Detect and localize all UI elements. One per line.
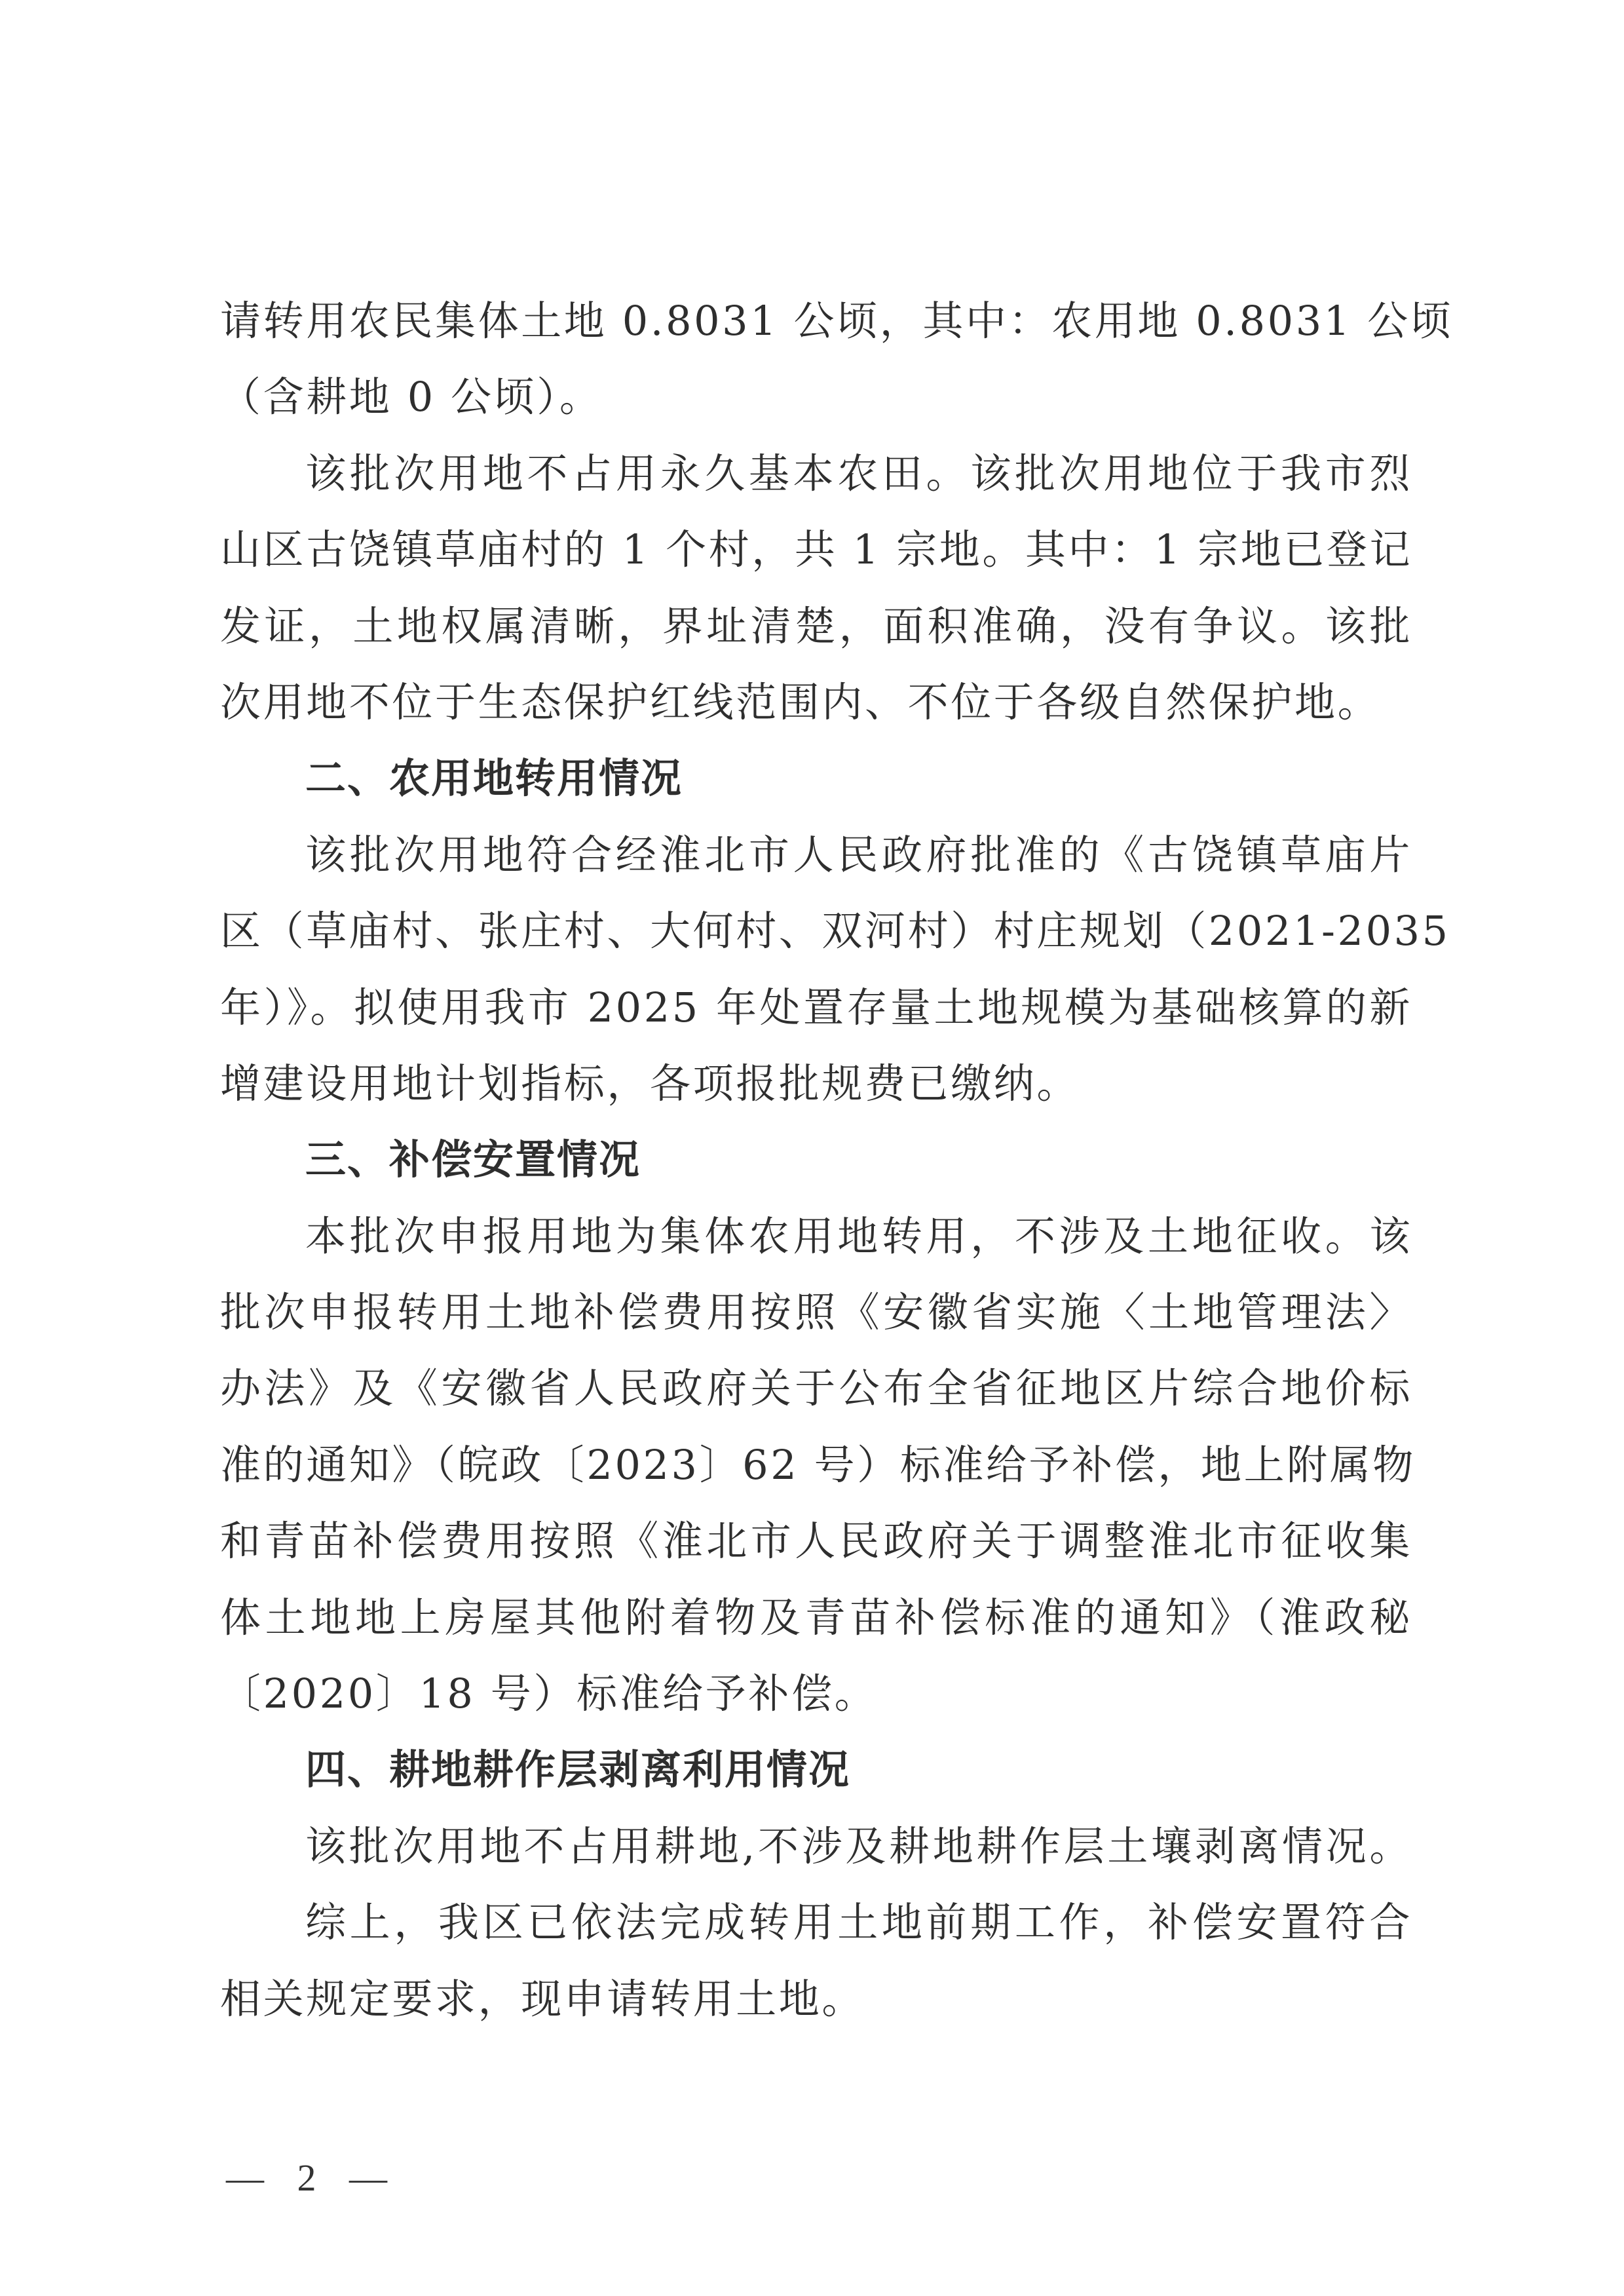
section-heading: 三、补偿安置情况 (220, 1122, 1412, 1198)
document-body: 请转用农民集体土地 0.8031 公顷，其中：农用地 0.8031 公顷 （含耕… (220, 283, 1412, 2037)
section-heading: 四、耕地耕作层剥离利用情况 (220, 1732, 1412, 1808)
text-line: 批次申报转用土地补偿费用按照《安徽省实施〈土地管理法〉 (220, 1274, 1412, 1350)
section-heading: 二、农用地转用情况 (220, 740, 1412, 816)
text-line: 该批次用地符合经淮北市人民政府批准的《古饶镇草庙片 (220, 817, 1412, 893)
text-line: 准的通知》（皖政〔2023〕62 号）标准给予补偿，地上附属物 (220, 1427, 1412, 1503)
text-line: 山区古饶镇草庙村的 1 个村，共 1 宗地。其中：1 宗地已登记 (220, 512, 1412, 588)
text-line: 本批次申报用地为集体农用地转用，不涉及土地征收。该 (220, 1198, 1412, 1274)
text-line: 年）》。拟使用我市 2025 年处置存量土地规模为基础核算的新 (220, 970, 1412, 1046)
text-line: 该批次用地不占用耕地,不涉及耕地耕作层土壤剥离情况。 (220, 1808, 1412, 1885)
text-line: 办法》及《安徽省人民政府关于公布全省征地区片综合地价标 (220, 1350, 1412, 1426)
document-page: 请转用农民集体土地 0.8031 公顷，其中：农用地 0.8031 公顷 （含耕… (0, 0, 1624, 2296)
text-line: 该批次用地不占用永久基本农田。该批次用地位于我市烈 (220, 436, 1412, 512)
text-line: 次用地不位于生态保护红线范围内、不位于各级自然保护地。 (220, 664, 1412, 740)
page-number: — 2 — (226, 2156, 399, 2200)
text-line: 增建设用地计划指标，各项报批规费已缴纳。 (220, 1046, 1412, 1122)
text-line: 发证，土地权属清晰，界址清楚，面积准确，没有争议。该批 (220, 588, 1412, 664)
text-line: 体土地地上房屋其他附着物及青苗补偿标准的通知》（淮政秘 (220, 1580, 1412, 1656)
text-line: 区（草庙村、张庄村、大何村、双河村）村庄规划（2021-2035 (220, 893, 1412, 969)
text-line: （含耕地 0 公顷）。 (220, 359, 1412, 435)
text-line: 请转用农民集体土地 0.8031 公顷，其中：农用地 0.8031 公顷 (220, 283, 1412, 359)
text-line: 相关规定要求，现申请转用土地。 (220, 1961, 1412, 2037)
text-line: 综上，我区已依法完成转用土地前期工作，补偿安置符合 (220, 1885, 1412, 1961)
text-line: 和青苗补偿费用按照《淮北市人民政府关于调整淮北市征收集 (220, 1503, 1412, 1579)
text-line: 〔2020〕18 号）标准给予补偿。 (220, 1656, 1412, 1732)
